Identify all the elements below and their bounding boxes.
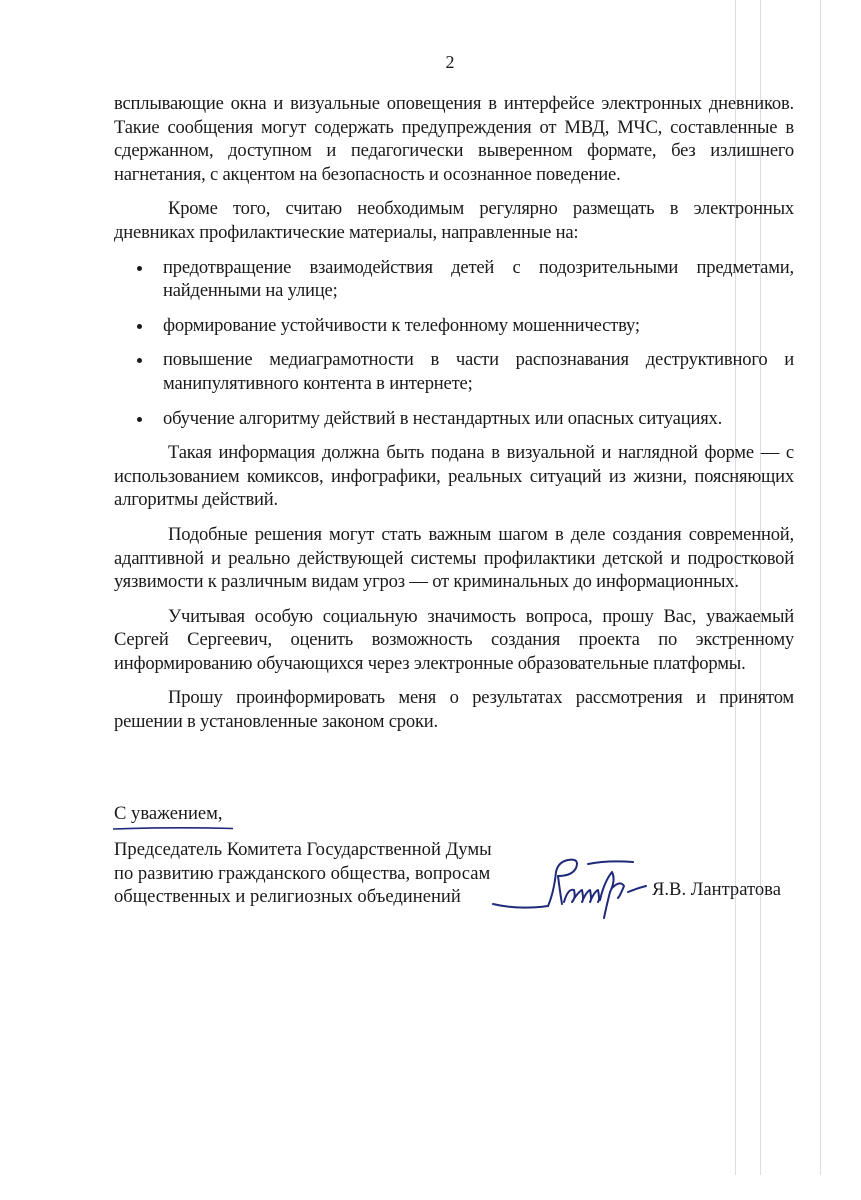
- bullet-icon: [137, 266, 142, 271]
- position-line: по развитию гражданского общества, вопро…: [114, 862, 492, 886]
- letter-body: всплывающие окна и визуальные оповещения…: [114, 92, 794, 745]
- page-number: 2: [0, 52, 861, 73]
- paragraph-materials-intro: Кроме того, считаю необходимым регулярно…: [114, 197, 794, 244]
- handwritten-underline: [113, 827, 233, 830]
- paragraph-visual-form: Такая информация должна быть подана в ви…: [114, 441, 794, 512]
- paragraph-continuation: всплывающие окна и визуальные оповещения…: [114, 92, 794, 186]
- signer-position: Председатель Комитета Государственной Ду…: [114, 838, 492, 909]
- paragraph-request: Учитывая особую социальную значимость во…: [114, 605, 794, 676]
- list-item: повышение медиаграмотности в части распо…: [114, 348, 794, 395]
- list-item: обучение алгоритму действий в нестандарт…: [114, 407, 794, 431]
- bullet-list: предотвращение взаимодействия детей с по…: [114, 256, 794, 431]
- bullet-icon: [137, 324, 142, 329]
- scan-artifact-line: [820, 0, 821, 1175]
- signer-name: Я.В. Лантратова: [652, 879, 781, 901]
- list-item: формирование устойчивости к телефонному …: [114, 314, 794, 338]
- position-line: Председатель Комитета Государственной Ду…: [114, 838, 492, 862]
- list-item-text: обучение алгоритму действий в нестандарт…: [163, 408, 722, 429]
- bullet-icon: [137, 417, 142, 422]
- list-item-text: повышение медиаграмотности в части распо…: [163, 349, 794, 394]
- list-item: предотвращение взаимодействия детей с по…: [114, 256, 794, 303]
- bullet-icon: [137, 358, 142, 363]
- handwritten-signature: [488, 852, 648, 922]
- position-line: общественных и религиозных объединений: [114, 885, 492, 909]
- paragraph-inform: Прошу проинформировать меня о результата…: [114, 686, 794, 733]
- paragraph-solutions: Подобные решения могут стать важным шаго…: [114, 523, 794, 594]
- list-item-text: формирование устойчивости к телефонному …: [163, 315, 640, 336]
- list-item-text: предотвращение взаимодействия детей с по…: [163, 257, 794, 302]
- closing-salutation: С уважением,: [114, 803, 223, 825]
